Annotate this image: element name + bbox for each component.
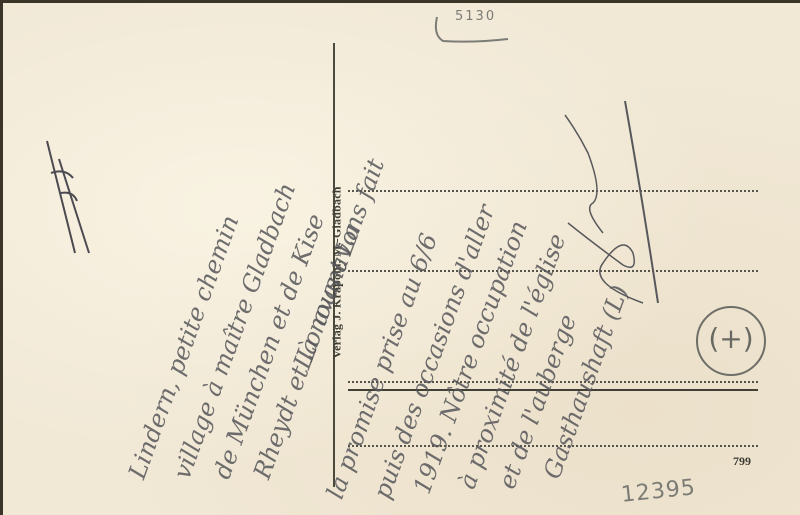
postcard-back: Verlag J. Krapohl, M.-Gladbach 799 5130 … <box>3 3 800 515</box>
ink-strokes-icon <box>3 3 800 515</box>
